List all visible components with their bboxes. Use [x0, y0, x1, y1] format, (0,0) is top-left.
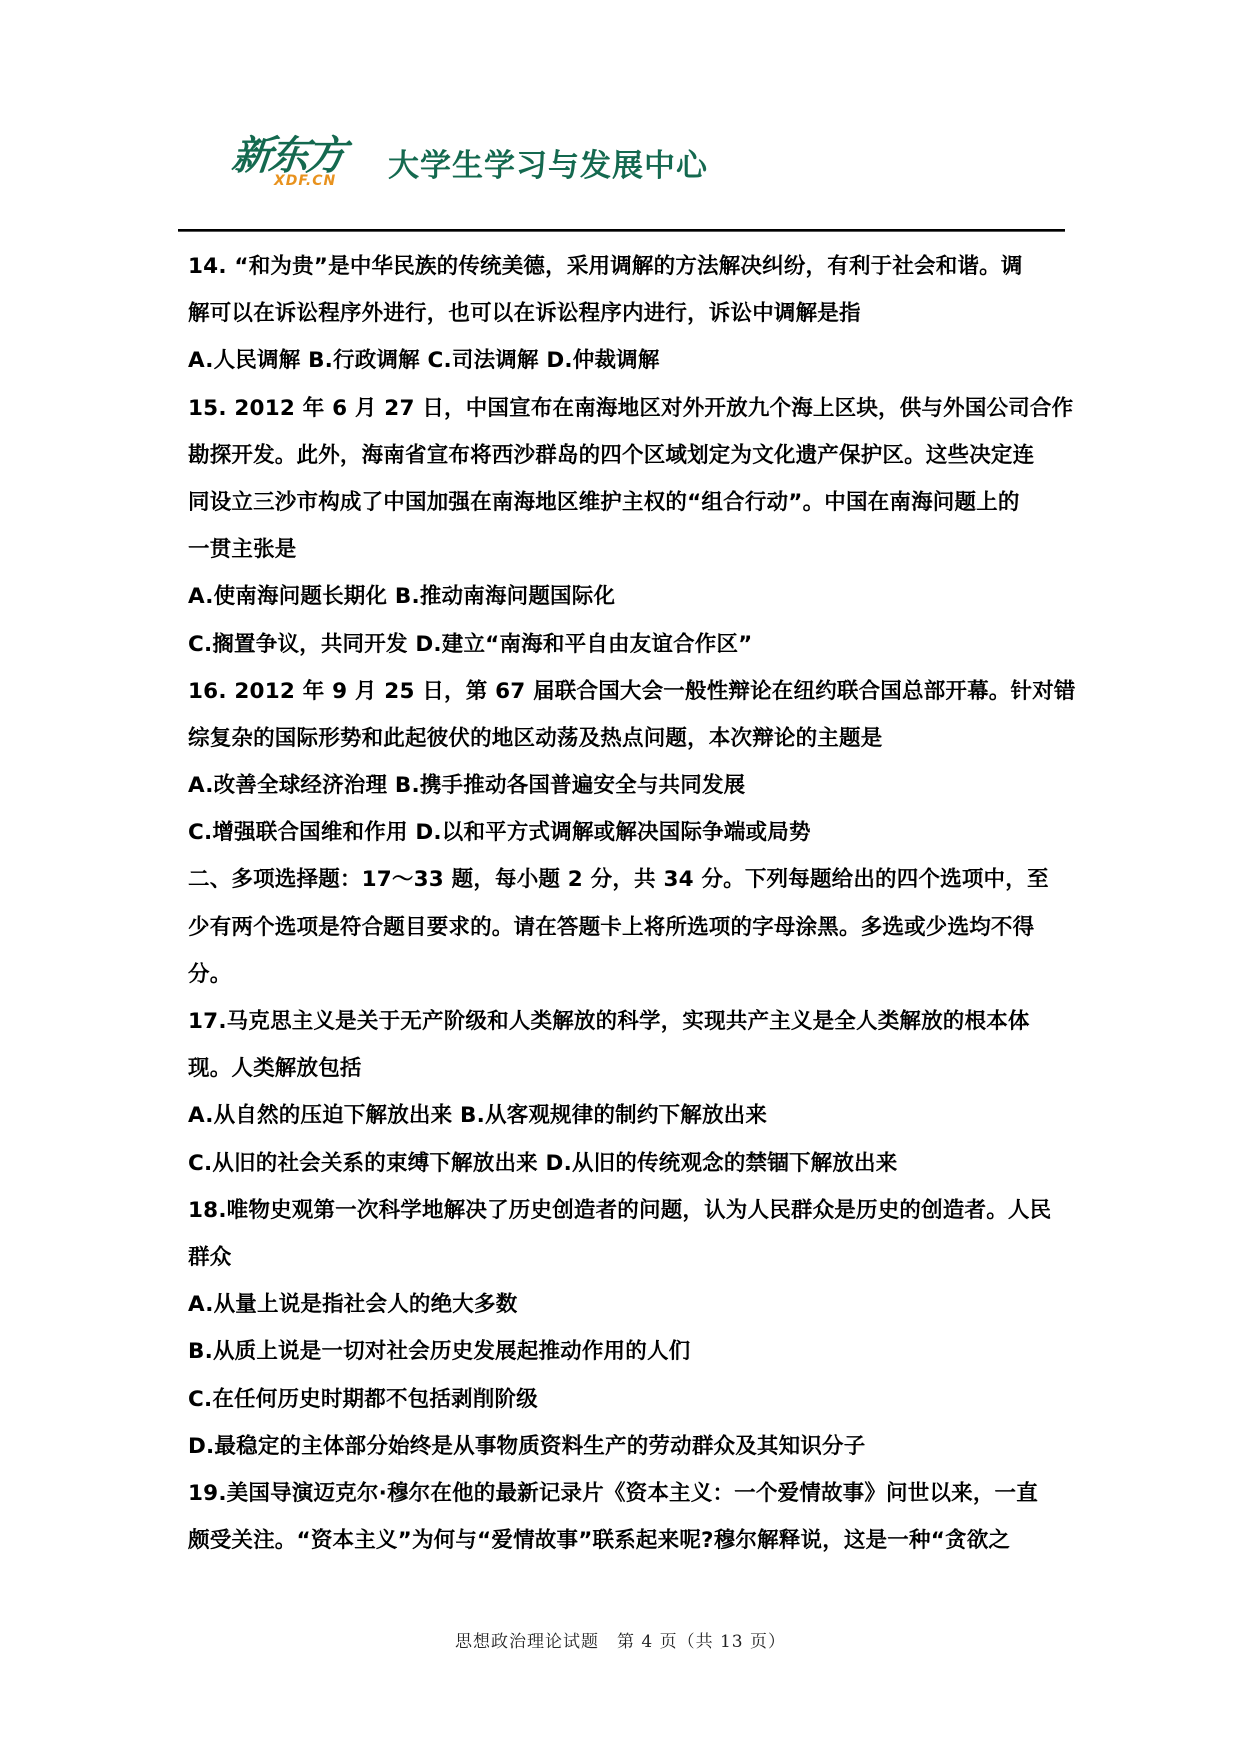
q15-stem-line-4: 一贯主张是 — [188, 526, 1058, 573]
q16-options-cd: C.增强联合国维和作用 D.以和平方式调解或解决国际争端或局势 — [188, 809, 1058, 856]
q18-option-d: D.最稳定的主体部分始终是从事物质资料生产的劳动群众及其知识分子 — [188, 1423, 1058, 1470]
q18-option-c: C.在任何历史时期都不包括剥削阶级 — [188, 1376, 1058, 1423]
q16-options-ab: A.改善全球经济治理 B.携手推动各国普遍安全与共同发展 — [188, 762, 1058, 809]
page-header: 新东方 XDF.CN 大学生学习与发展中心 — [232, 130, 708, 200]
q17-options-cd: C.从旧的社会关系的束缚下解放出来 D.从旧的传统观念的禁锢下解放出来 — [188, 1140, 1058, 1187]
q18-option-b: B.从质上说是一切对社会历史发展起推动作用的人们 — [188, 1328, 1058, 1375]
q18-stem-line-1: 18.唯物史观第一次科学地解决了历史创造者的问题，认为人民群众是历史的创造者。人… — [188, 1187, 1058, 1234]
q17-options-ab: A.从自然的压迫下解放出来 B.从客观规律的制约下解放出来 — [188, 1092, 1058, 1139]
q15-stem-line-1: 15. 2012 年 6 月 27 日，中国宣布在南海地区对外开放九个海上区块，… — [188, 385, 1058, 432]
q19-stem-line-1: 19.美国导演迈克尔·穆尔在他的最新记录片《资本主义：一个爱情故事》问世以来，一… — [188, 1470, 1058, 1517]
xdf-logo: 新东方 XDF.CN — [232, 133, 372, 197]
q14-stem-line-1: 14. “和为贵”是中华民族的传统美德，采用调解的方法解决纠纷，有利于社会和谐。… — [188, 243, 1058, 290]
q14-stem-line-2: 解可以在诉讼程序外进行，也可以在诉讼程序内进行，诉讼中调解是指 — [188, 290, 1058, 337]
page-footer: 思想政治理论试题第 4 页（共 13 页） — [0, 1627, 1241, 1652]
q18-option-a: A.从量上说是指社会人的绝大多数 — [188, 1281, 1058, 1328]
section-2-instructions-line-3: 分。 — [188, 951, 1058, 998]
q16-stem-line-1: 16. 2012 年 9 月 25 日，第 67 届联合国大会一般性辩论在纽约联… — [188, 668, 1058, 715]
section-2-instructions-line-1: 二、多项选择题：17～33 题，每小题 2 分，共 34 分。下列每题给出的四个… — [188, 856, 1058, 903]
q18-stem-line-2: 群众 — [188, 1234, 1058, 1281]
q15-stem-line-3: 同设立三沙市构成了中国加强在南海地区维护主权的“组合行动”。中国在南海问题上的 — [188, 479, 1058, 526]
exam-content: 14. “和为贵”是中华民族的传统美德，采用调解的方法解决纠纷，有利于社会和谐。… — [188, 243, 1058, 1564]
logo-domain-text: XDF.CN — [274, 173, 336, 189]
q19-stem-line-2: 颇受关注。“资本主义”为何与“爱情故事”联系起来呢?穆尔解释说，这是一种“贪欲之 — [188, 1517, 1058, 1564]
q17-stem-line-2: 现。人类解放包括 — [188, 1045, 1058, 1092]
q17-stem-line-1: 17.马克思主义是关于无产阶级和人类解放的科学，实现共产主义是全人类解放的根本体 — [188, 998, 1058, 1045]
q14-options: A.人民调解 B.行政调解 C.司法调解 D.仲裁调解 — [188, 337, 1058, 384]
q15-stem-line-2: 勘探开发。此外，海南省宣布将西沙群岛的四个区域划定为文化遗产保护区。这些决定连 — [188, 432, 1058, 479]
q15-options-cd: C.搁置争议，共同开发 D.建立“南海和平自由友谊合作区” — [188, 621, 1058, 668]
q16-stem-line-2: 综复杂的国际形势和此起彼伏的地区动荡及热点问题，本次辩论的主题是 — [188, 715, 1058, 762]
center-name: 大学生学习与发展中心 — [388, 140, 708, 185]
footer-page-info: 第 4 页（共 13 页） — [617, 1632, 786, 1652]
q15-options-ab: A.使南海问题长期化 B.推动南海问题国际化 — [188, 573, 1058, 620]
header-divider — [178, 229, 1065, 232]
section-2-instructions-line-2: 少有两个选项是符合题目要求的。请在答题卡上将所选项的字母涂黑。多选或少选均不得 — [188, 904, 1058, 951]
footer-subject: 思想政治理论试题 — [455, 1632, 599, 1652]
